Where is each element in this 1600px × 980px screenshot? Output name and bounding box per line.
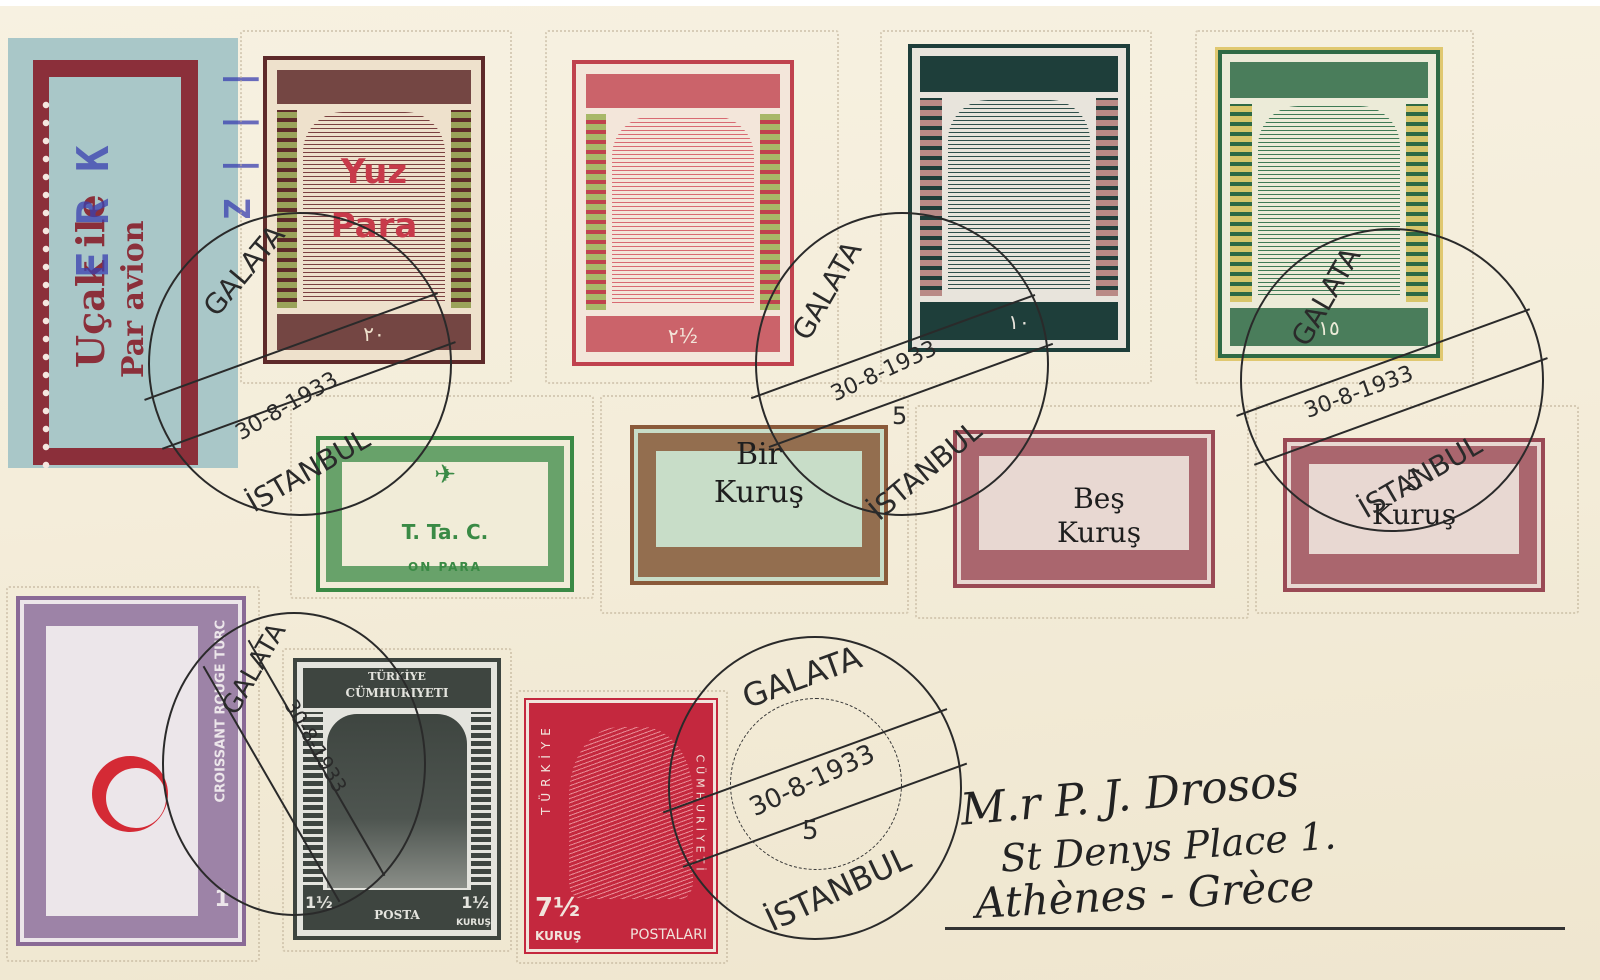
overprint-line2: Para — [267, 206, 481, 246]
stamp-airmail-yuz-para: Yuz Para ٢٠ — [263, 56, 485, 364]
stamp-side-text: CROISSANT ROUGE TURC — [214, 773, 229, 803]
stamp-right-text: CÜMHURİYETİ — [694, 755, 707, 825]
stamp-main-text: T. Ta. C. — [320, 520, 570, 544]
airplane-crescent-icon: ✈ — [320, 460, 570, 490]
overprint-line1: 5 — [1287, 464, 1541, 497]
stamp-portrait — [569, 727, 693, 899]
stamp-ttac-green: ✈ T. Ta. C. ON PARA — [316, 436, 574, 592]
overprint-line2: Kuruş — [1287, 498, 1541, 531]
stamp-surcharge-bir-kurus: Bir Kuruş — [630, 425, 888, 585]
stamp-statue-1-5-kurus: TÜRKİYE CÜMHURIYETI POSTA 1½ 1½ KURUŞ — [293, 658, 501, 940]
postal-cover: Uçak ile Par avion E R K Z | | | Yuz Par… — [0, 0, 1600, 980]
stamp-red-crescent: CROISSANT ROUGE TURC 1 — [16, 596, 246, 946]
stamp-surcharge-5-kurus: 5 Kuruş — [1283, 438, 1545, 592]
stamp-vignette-airplane-mountain — [1258, 106, 1400, 298]
stamp-unit: KURUŞ — [535, 929, 581, 943]
stamp-header-script — [277, 70, 471, 104]
stamp-value-text: ON PARA — [320, 560, 570, 574]
stamp-value: ٢½ — [576, 324, 790, 348]
overprint-line1: Yuz — [267, 152, 481, 192]
stamp-value: ١٠ — [912, 310, 1126, 334]
stamp-vignette-airplane-mountain — [948, 100, 1090, 292]
airmail-label: Uçak ile Par avion E R K — [8, 38, 238, 468]
stamp-surcharge-bes-kurus: Beş Kuruş — [953, 430, 1215, 588]
red-crescent-icon — [92, 756, 168, 832]
stamp-value-right: 1½ — [461, 893, 489, 912]
stamp-bottom-text: POSTALARI — [630, 927, 707, 943]
blue-cachet: E R K — [68, 146, 119, 278]
stamp-unit: KURUŞ — [456, 918, 491, 928]
overprint-line2: Kuruş — [957, 516, 1211, 549]
stamp-vignette-statue — [327, 714, 467, 888]
stamp-value: 7½ — [535, 893, 580, 923]
stamp-value: ١٥ — [1222, 316, 1436, 340]
overprint-line2: Kuruş — [634, 475, 884, 510]
perforation-dots — [42, 96, 50, 476]
stamp-airmail-dark-green: ١٠ — [908, 44, 1130, 352]
stamp-airmail-rose: ٢½ — [572, 60, 794, 366]
stamp-airmail-green: ١٥ — [1218, 50, 1440, 358]
overprint-line1: Bir — [634, 437, 884, 472]
stamp-left-text: TÜRKİYE — [539, 785, 553, 815]
stamp-ataturk-7-5-kurus: TÜRKİYE CÜMHURİYETİ 7½ KURUŞ POSTALARI — [526, 700, 716, 952]
stamp-value-left: 1½ — [305, 893, 333, 912]
overprint-line1: Beş — [957, 482, 1211, 515]
stamp-vignette-airplane-mountain — [612, 116, 754, 306]
address-underline — [945, 927, 1565, 930]
stamp-top-line2: CÜMHURIYETI — [297, 686, 497, 700]
stamp-value: 1 — [210, 887, 234, 912]
airmail-label-line2: Par avion — [116, 220, 151, 378]
stamp-top-line1: TÜRKİYE — [297, 670, 497, 683]
stamp-value: ٢٠ — [267, 322, 481, 346]
